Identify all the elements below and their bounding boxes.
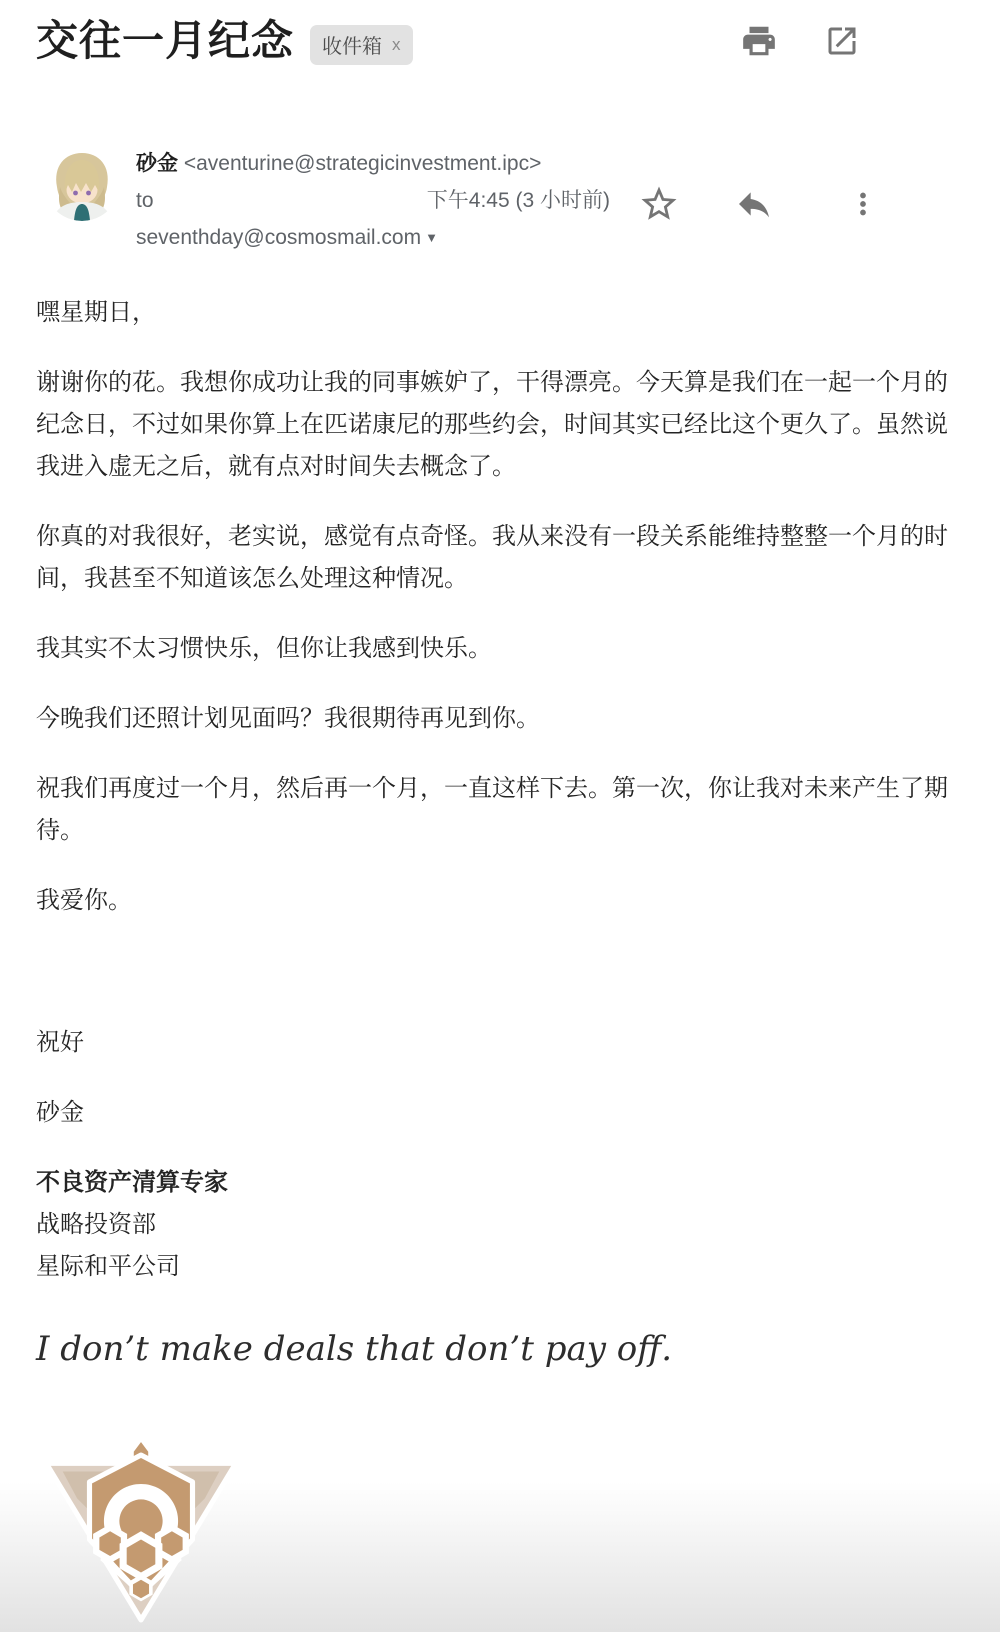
meta-line: to 下午4:45 (3 小时前) [136,182,610,219]
email-view: 交往一月纪念 收件箱 x [0,0,1000,1632]
sender-name: 砂金 [136,152,178,175]
sender-email: <aventurine@strategicinvestment.ipc> [184,152,542,175]
body-paragraph: 嘿星期日， [36,292,964,334]
reply-button[interactable] [734,184,774,224]
to-label: to [136,182,154,219]
more-vert-icon [846,187,880,221]
sender-avatar[interactable] [44,145,120,221]
reply-icon [734,184,774,224]
open-in-new-icon [824,23,860,59]
sender-line: 砂金 <aventurine@strategicinvestment.ipc> [136,145,610,182]
header-actions [740,22,860,60]
more-button[interactable] [846,187,880,221]
body-paragraphs: 嘿星期日，谢谢你的花。我想你成功让我的同事嫉妒了，干得漂亮。今天算是我们在一起一… [36,292,964,922]
star-button[interactable] [638,183,680,225]
body-paragraph: 谢谢你的花。我想你成功让我的同事嫉妒了，干得漂亮。今天算是我们在一起一个月的纪念… [36,362,964,488]
timestamp: 下午4:45 (3 小时前) [427,182,610,219]
inbox-label-text: 收件箱 [322,30,382,59]
body-paragraph: 今晚我们还照计划见面吗？我很期待再见到你。 [36,698,964,740]
email-subject: 交往一月纪念 [36,18,294,64]
ipc-logo [38,1418,244,1624]
closing: 祝好 [36,1022,964,1064]
email-body: 嘿星期日，谢谢你的花。我想你成功让我的同事嫉妒了，干得漂亮。今天算是我们在一起一… [36,292,964,1624]
email-header: 交往一月纪念 收件箱 x [36,0,964,65]
signature-quote: I don’t make deals that don’t pay off. [36,1326,964,1372]
signature-name: 砂金 [36,1092,964,1134]
body-paragraph: 我爱你。 [36,880,964,922]
signature-department: 战略投资部 [36,1211,156,1238]
inbox-label[interactable]: 收件箱 x [310,25,413,65]
body-paragraph: 你真的对我很好，老实说，感觉有点奇怪。我从来没有一段关系能维持整整一个月的时间，… [36,516,964,600]
subject-row: 交往一月纪念 收件箱 x [36,18,413,65]
remove-label-icon[interactable]: x [392,35,401,55]
signature-company: 星际和平公司 [36,1253,180,1280]
sender-info: 砂金 <aventurine@strategicinvestment.ipc> … [136,145,610,256]
print-button[interactable] [740,22,778,60]
signature-block: 不良资产清算专家 战略投资部 星际和平公司 [36,1162,964,1288]
body-paragraph: 我其实不太习惯快乐，但你让我感到快乐。 [36,628,964,670]
signature-title: 不良资产清算专家 [36,1169,228,1196]
message-actions [638,183,880,225]
recipient-line: seventhday@cosmosmail.com ▼ [136,219,610,256]
body-paragraph: 祝我们再度过一个月，然后再一个月，一直这样下去。第一次，你让我对未来产生了期待。 [36,768,964,852]
print-icon [740,22,778,60]
recipient-email: seventhday@cosmosmail.com [136,219,421,256]
open-in-new-button[interactable] [824,23,860,59]
message-header: 砂金 <aventurine@strategicinvestment.ipc> … [36,145,964,256]
star-outline-icon [638,183,680,225]
details-dropdown-icon[interactable]: ▼ [425,219,438,256]
